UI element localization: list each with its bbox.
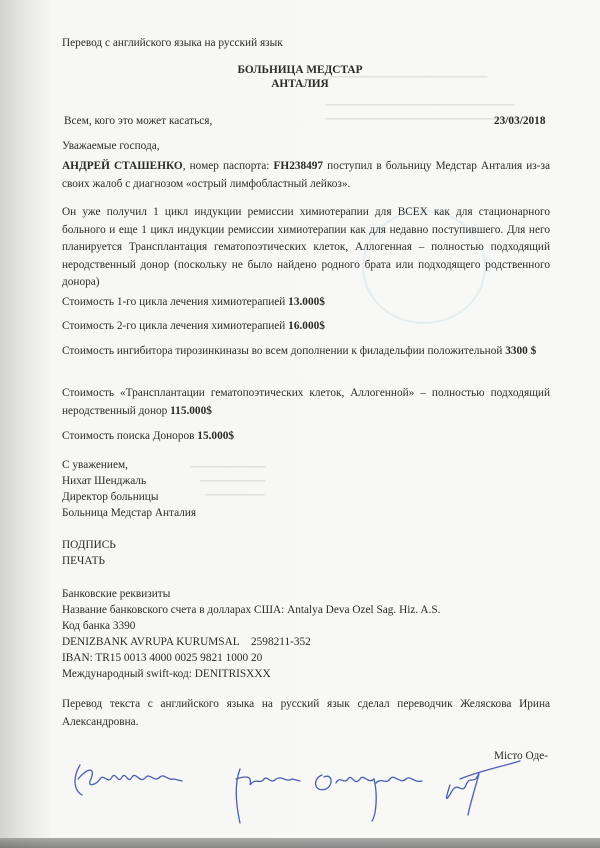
cost-label: Стоимость 1-го цикла лечения химиотерапи… — [62, 296, 288, 308]
cost-label: Стоимость ингибитора тирозинкиназы во вс… — [62, 345, 505, 357]
signature-label: ПОДПИСЬ — [62, 538, 116, 552]
cost-line-5: Стоимость поиска Доноров 15.000$ — [62, 428, 550, 446]
closing: С уважением, — [62, 458, 128, 472]
cost-amount: 3300 $ — [505, 345, 536, 357]
hospital-name: БОЛЬНИЦА МЕДСТАР — [0, 63, 600, 77]
document-page: ━━━━━━━━━━━━━━━━━━━━━━━━━━━━━ ━━━━━━━━━━… — [0, 0, 600, 848]
cost-label: Стоимость поиска Доноров — [62, 430, 197, 442]
cost-amount: 13.000$ — [288, 296, 325, 308]
letter-date: 23/03/2018 — [494, 114, 545, 128]
translation-note: Перевод с английского языка на русский я… — [62, 36, 283, 50]
treatment-paragraph: Он уже получил 1 цикл индукции ремиссии … — [62, 204, 550, 292]
cost-label: Стоимость «Трансплантации гематопоэтичес… — [62, 387, 550, 417]
bank-code: Код банка 3390 — [62, 619, 135, 633]
bank-name: DENIZBANK AVRUPA KURUMSAL — [62, 635, 240, 649]
passport-number: FH238497 — [274, 160, 324, 172]
bleed-through-text: ━━━━━━━━━━━━ — [200, 476, 265, 487]
bleed-through-text: ━━━━━━━━━━━━━━━━━━━━━━━━━━━━━━━━━━━ — [325, 114, 515, 125]
cost-line-4: Стоимость «Трансплантации гематопоэтичес… — [62, 385, 550, 420]
translator-signature — [60, 755, 560, 835]
scan-edge-shadow — [0, 0, 50, 848]
salutation: Уважаемые господа, — [62, 139, 160, 153]
bleed-through-text: ━━━━━━━━━━━ — [205, 490, 265, 501]
bank-swift: Международный swift-код: DENITRISXXX — [62, 667, 271, 681]
seal-label: ПЕЧАТЬ — [62, 554, 105, 568]
patient-name: АНДРЕЙ СТАШЕНКО — [62, 160, 183, 172]
cost-line-2: Стоимость 2-го цикла лечения химиотерапи… — [62, 318, 550, 336]
cost-line-1: Стоимость 1-го цикла лечения химиотерапи… — [62, 294, 550, 312]
bank-heading: Банковские реквизиты — [62, 587, 170, 601]
bank-iban: IBAN: TR15 0013 4000 0025 9821 1000 20 — [62, 651, 262, 665]
signer-org: Больница Медстар Анталия — [62, 506, 196, 520]
signer-name: Нихат Шенджаль — [62, 474, 146, 488]
cost-label: Стоимость 2-го цикла лечения химиотерапи… — [62, 320, 288, 332]
scan-bottom-edge — [0, 838, 600, 848]
cost-line-3: Стоимость ингибитора тирозинкиназы во вс… — [62, 343, 550, 361]
patient-paragraph: АНДРЕЙ СТАШЕНКО, номер паспорта: FH23849… — [62, 158, 550, 193]
bank-account-name: Название банковского счета в долларах СШ… — [62, 603, 441, 617]
hospital-city: АНТАЛИЯ — [0, 77, 600, 91]
bleed-through-text: ━━━━━━━━━━━━━━━━━━━━━━━━━━━━━━━━━━━ — [325, 100, 515, 111]
cost-amount: 15.000$ — [197, 430, 234, 442]
bleed-through-text: ━━━━━━━━━━━━━━ — [190, 462, 266, 473]
cost-amount: 115.000$ — [170, 405, 212, 417]
passport-label: , номер паспорта: — [183, 160, 274, 172]
cost-amount: 16.000$ — [288, 320, 325, 332]
bank-account-number: 2598211-352 — [251, 635, 311, 649]
addressee: Всем, кого это может касаться, — [64, 114, 212, 128]
translator-note: Перевод текста с английского языка на ру… — [62, 696, 550, 731]
signer-title: Директор больницы — [62, 490, 158, 504]
